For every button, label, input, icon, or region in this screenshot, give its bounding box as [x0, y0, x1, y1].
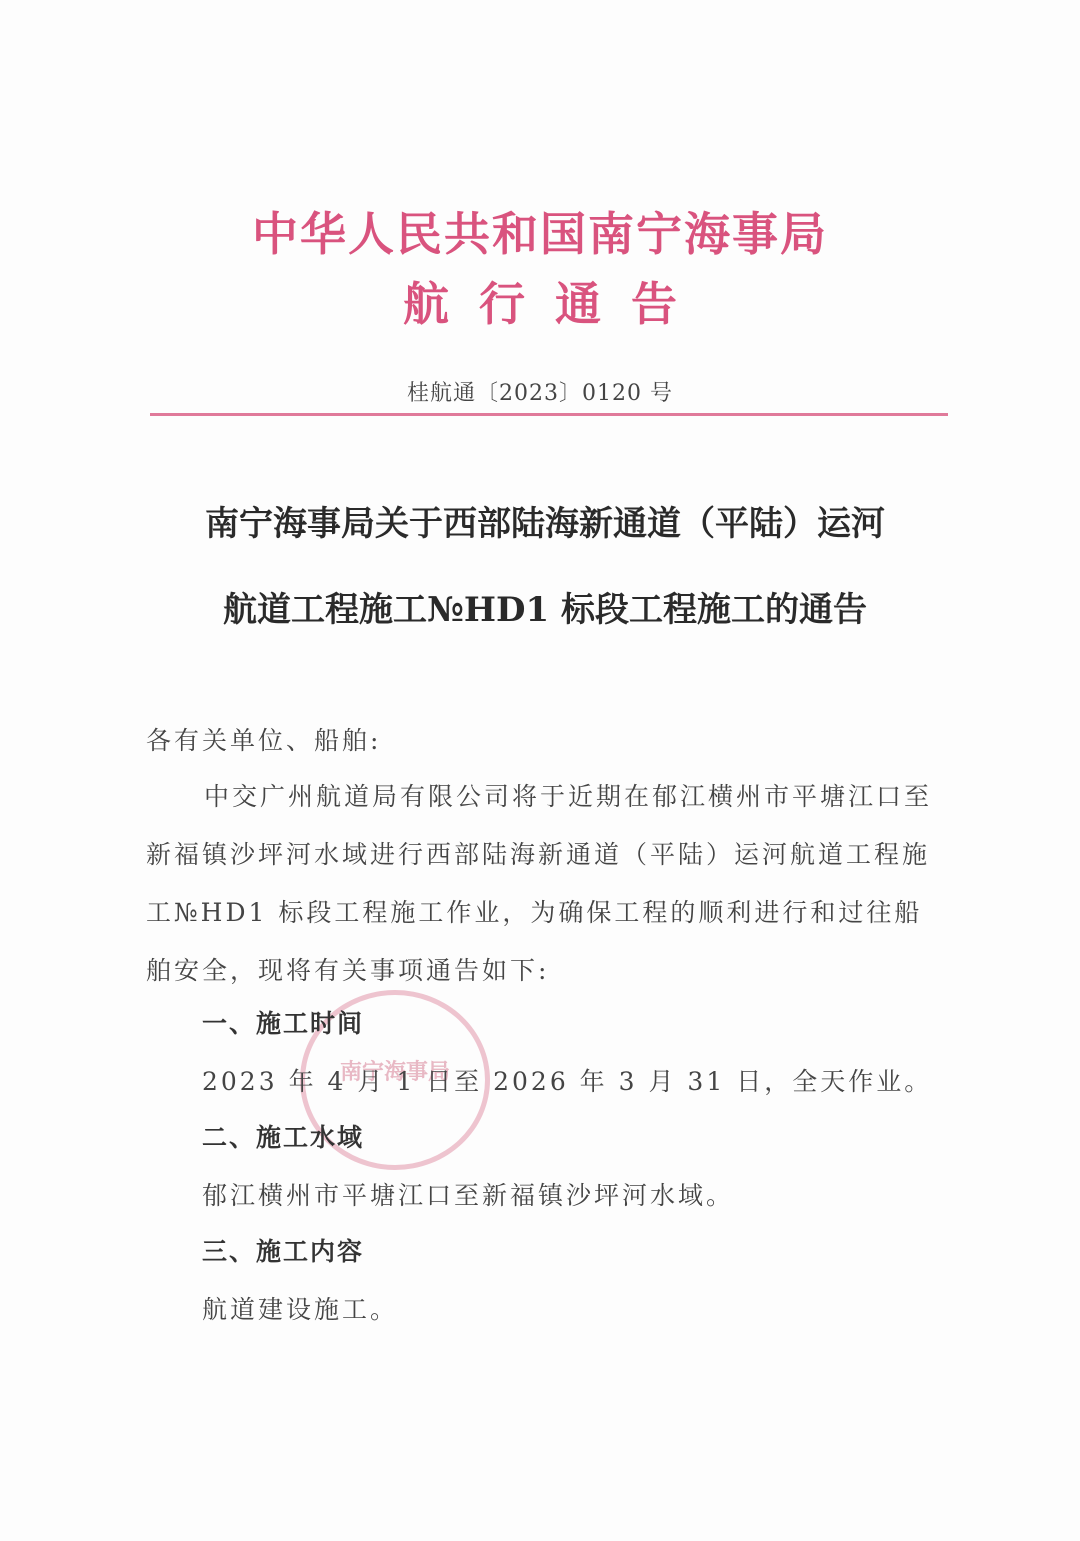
- document-page: 中华人民共和国南宁海事局 航行通告 桂航通〔2023〕0120 号 南宁海事局关…: [0, 0, 1080, 1541]
- greeting: 各有关单位、船舶:: [146, 712, 946, 770]
- header-divider: [150, 413, 948, 416]
- intro-paragraph: 中交广州航道局有限公司将于近期在郁江横州市平塘江口至新福镇沙坪河水域进行西部陆海…: [146, 768, 946, 1000]
- notice-title-line-1: 南宁海事局关于西部陆海新通道（平陆）运河: [140, 496, 950, 545]
- doc-type-header: 航行通告: [0, 268, 1080, 334]
- section-heading-content: 三、施工内容: [202, 1232, 364, 1268]
- section-content-time: 2023 年 4 月 1 日至 2026 年 3 月 31 日，全天作业。: [202, 1062, 932, 1098]
- section-heading-area: 二、施工水域: [202, 1118, 364, 1154]
- document-number: 桂航通〔2023〕0120 号: [0, 376, 1080, 407]
- notice-title-line-2: 航道工程施工№HD1 标段工程施工的通告: [140, 582, 950, 631]
- section-content-area: 郁江横州市平塘江口至新福镇沙坪河水域。: [202, 1176, 734, 1212]
- section-heading-time: 一、施工时间: [202, 1004, 364, 1040]
- issuer-header: 中华人民共和国南宁海事局: [0, 198, 1080, 264]
- section-content-content: 航道建设施工。: [202, 1290, 398, 1326]
